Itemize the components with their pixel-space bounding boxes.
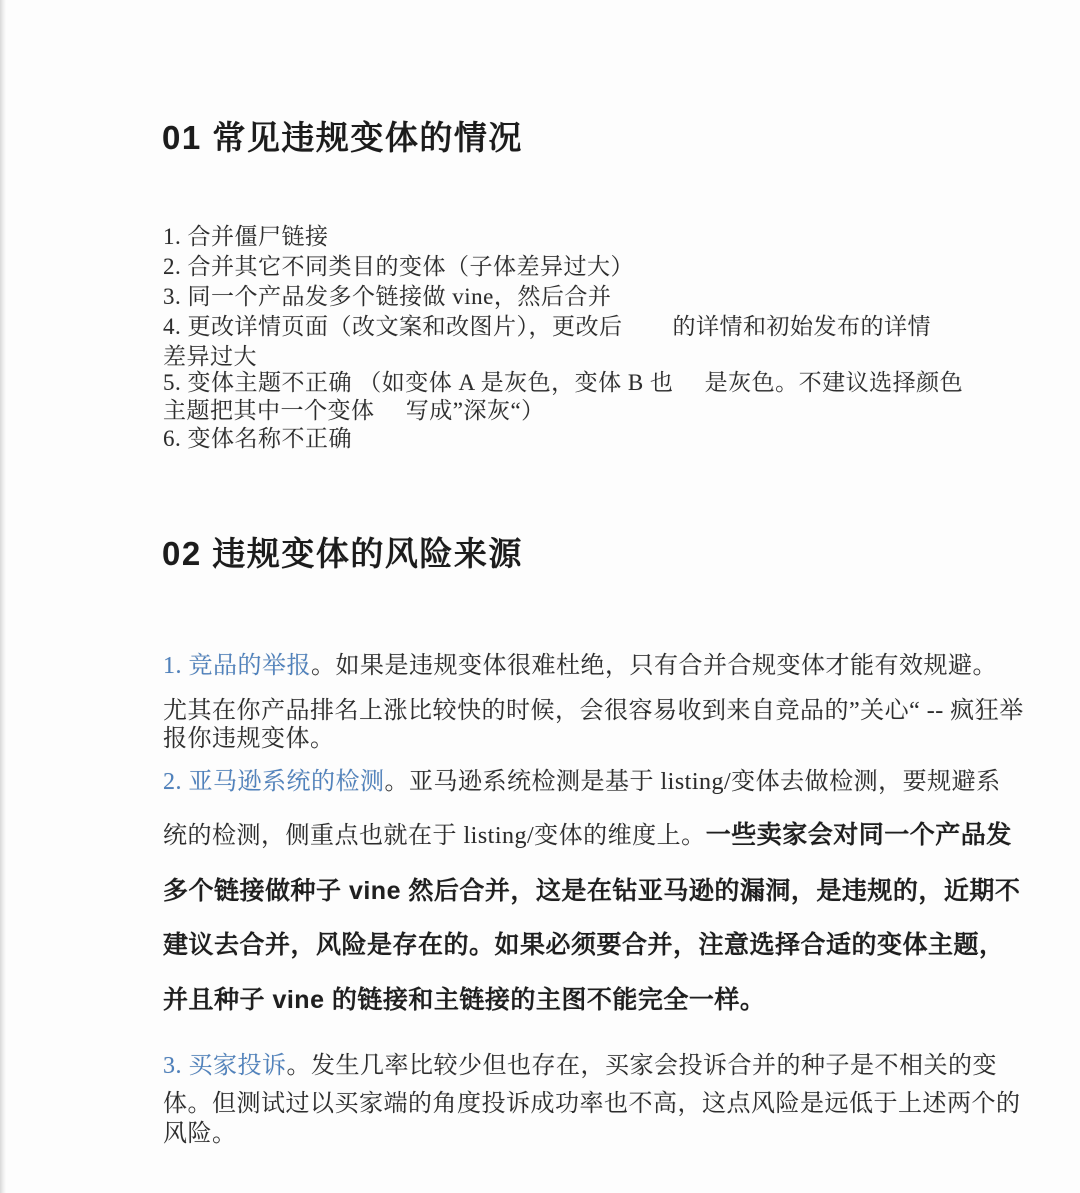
violation-list-line-4: 4. 更改详情页面（改文案和改图片），更改后 的详情和初始发布的详情 — [163, 308, 931, 341]
risk-3-line-2: 体。但测试过以买家端的角度投诉成功率也不高，这点风险是远低于上述两个的 — [163, 1083, 1021, 1118]
risk-2-lead-label: 2. 亚马逊系统的检测 — [163, 769, 385, 795]
risk-1-lead-label: 1. 竞品的举报 — [163, 653, 311, 679]
page-left-edge — [0, 0, 6, 1193]
risk-1-line-3: 报你违规变体。 — [163, 718, 335, 753]
risk-1-body-text: 。如果是违规变体很难杜绝，只有合并合规变体才能有效规避。 — [311, 653, 997, 679]
risk-2-line-3: 多个链接做种子 vine 然后合并，这是在钻亚马逊的漏洞，是违规的，近期不 — [163, 871, 1020, 907]
risk-1-line-1: 1. 竞品的举报。如果是违规变体很难杜绝，只有合并合规变体才能有效规避。 — [163, 645, 997, 680]
risk-2-bold-text-1: 一些卖家会对同一个产品发 — [706, 821, 1012, 849]
risk-3-line-3: 风险。 — [163, 1113, 237, 1148]
section-01-heading: 01 常见违规变体的情况 — [162, 112, 523, 159]
risk-2-bold-text-4: 并且种子 vine 的链接和主链接的主图不能完全一样。 — [163, 986, 765, 1014]
risk-2-line-1: 2. 亚马逊系统的检测。亚马逊系统检测是基于 listing/变体去做检测，要规… — [163, 761, 1001, 796]
risk-2-bold-text-2: 多个链接做种子 vine 然后合并，这是在钻亚马逊的漏洞，是违规的，近期不 — [163, 877, 1020, 905]
violation-list-line-3: 3. 同一个产品发多个链接做 vine，然后合并 — [163, 278, 611, 311]
risk-3-body-text: 。发生几率比较少但也存在，买家会投诉合并的种子是不相关的变 — [287, 1053, 998, 1079]
violation-list-line-6: 6. 变体名称不正确 — [163, 420, 352, 453]
document-page: 01 常见违规变体的情况 1. 合并僵尸链接 2. 合并其它不同类目的变体（子体… — [0, 0, 1080, 1193]
risk-2-body-text: 。亚马逊系统检测是基于 listing/变体去做检测，要规避系 — [385, 769, 1001, 795]
risk-2-line-4: 建议去合并，风险是存在的。如果必须要合并，注意选择合适的变体主题， — [163, 925, 1005, 961]
risk-3-line-1: 3. 买家投诉。发生几率比较少但也存在，买家会投诉合并的种子是不相关的变 — [163, 1045, 997, 1080]
risk-2-bold-text-3: 建议去合并，风险是存在的。如果必须要合并，注意选择合适的变体主题， — [163, 931, 1005, 959]
violation-list-line-2: 2. 合并其它不同类目的变体（子体差异过大） — [163, 248, 634, 281]
section-02-heading: 02 违规变体的风险来源 — [162, 528, 523, 575]
violation-list-line-1: 1. 合并僵尸链接 — [163, 218, 329, 251]
risk-3-lead-label: 3. 买家投诉 — [163, 1053, 287, 1079]
risk-2-line-2: 统的检测，侧重点也就在于 listing/变体的维度上。一些卖家会对同一个产品发 — [163, 815, 1012, 851]
risk-2-line-5: 并且种子 vine 的链接和主链接的主图不能完全一样。 — [163, 980, 765, 1016]
risk-2-body-text-2: 统的检测，侧重点也就在于 listing/变体的维度上。 — [163, 823, 706, 849]
